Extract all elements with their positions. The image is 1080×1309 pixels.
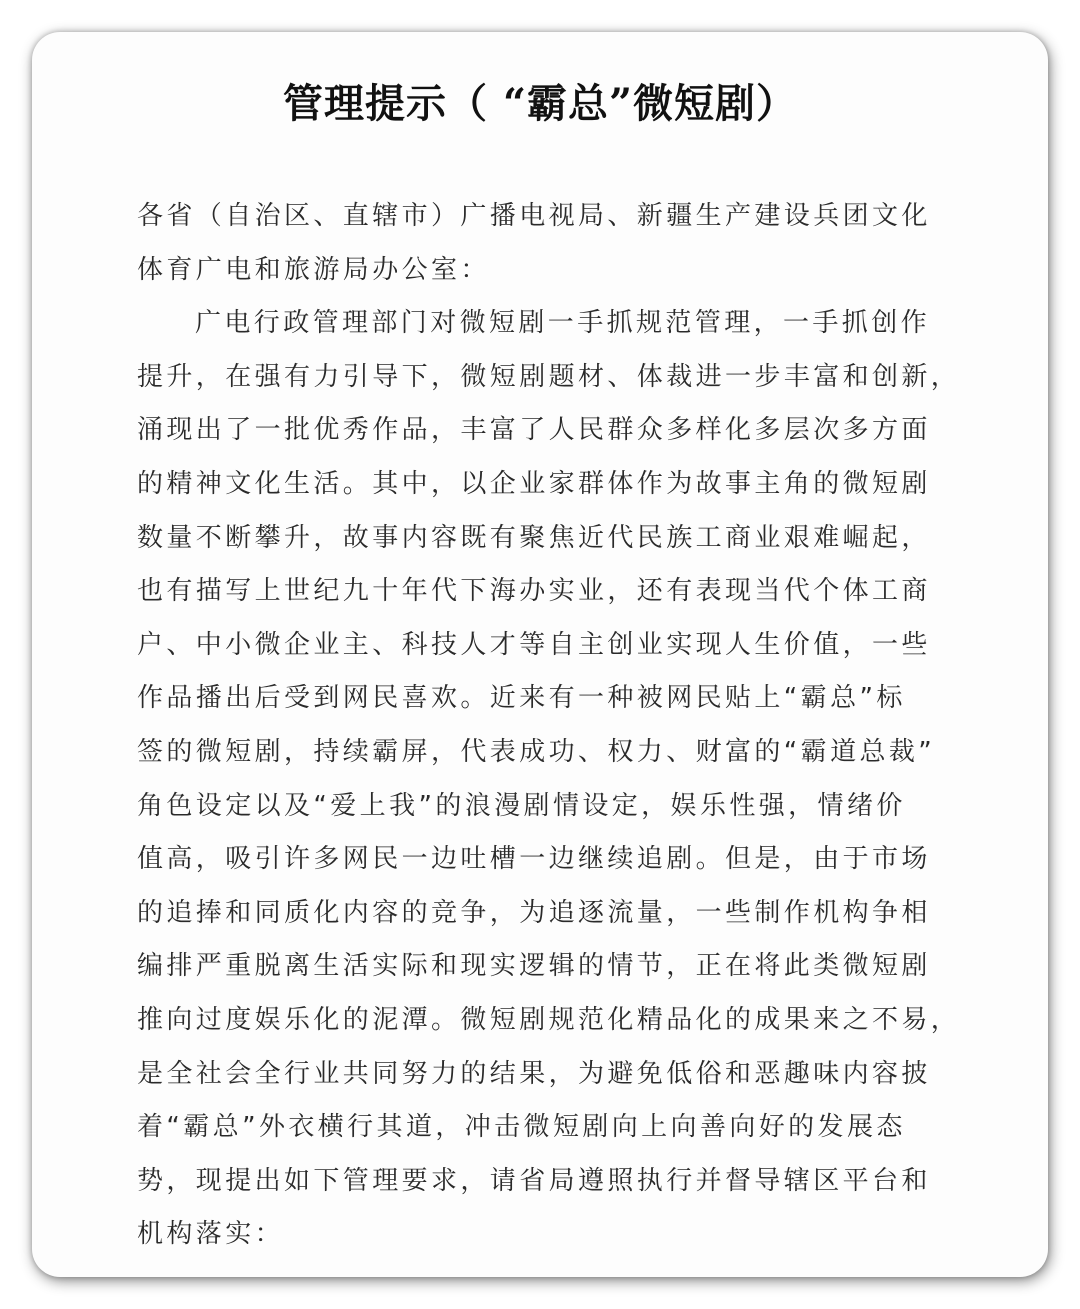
paragraph-line: 也有描写上世纪九十年代下海办实业，还有表现当代个体工商 <box>137 565 959 619</box>
paragraph-line: 的精神文化生活。其中，以企业家群体作为故事主角的微短剧 <box>137 458 959 512</box>
paragraph-line: 值高，吸引许多网民一边吐槽一边继续追剧。但是，由于市场 <box>137 833 959 887</box>
paragraph-line: 推向过度娱乐化的泥潭。微短剧规范化精品化的成果来之不易， <box>137 994 959 1048</box>
document-title: 管理提示（ “霸总”微短剧） <box>0 76 1080 132</box>
paragraph-line: 的追捧和同质化内容的竞争，为追逐流量，一些制作机构争相 <box>137 887 959 941</box>
addressee-line: 各省（自治区、直辖市）广播电视局、新疆生产建设兵团文化 <box>137 190 959 244</box>
paragraph-line: 涌现出了一批优秀作品，丰富了人民群众多样化多层次多方面 <box>137 404 959 458</box>
paragraph-line: 广电行政管理部门对微短剧一手抓规范管理，一手抓创作 <box>137 297 959 351</box>
document-body: 各省（自治区、直辖市）广播电视局、新疆生产建设兵团文化 体育广电和旅游局办公室：… <box>137 190 959 1262</box>
paragraph-line: 着“霸总”外衣横行其道，冲击微短剧向上向善向好的发展态 <box>137 1101 959 1155</box>
paragraph-line: 户、中小微企业主、科技人才等自主创业实现人生价值，一些 <box>137 619 959 673</box>
paragraph-line: 编排严重脱离生活实际和现实逻辑的情节，正在将此类微短剧 <box>137 940 959 994</box>
paragraph-line: 提升，在强有力引导下，微短剧题材、体裁进一步丰富和创新， <box>137 351 959 405</box>
addressee-line: 体育广电和旅游局办公室： <box>137 244 959 298</box>
paragraph-line: 势，现提出如下管理要求，请省局遵照执行并督导辖区平台和 <box>137 1155 959 1209</box>
paragraph-line: 是全社会全行业共同努力的结果，为避免低俗和恶趣味内容披 <box>137 1048 959 1102</box>
paragraph-line: 作品播出后受到网民喜欢。近来有一种被网民贴上“霸总”标 <box>137 672 959 726</box>
paragraph-line: 角色设定以及“爱上我”的浪漫剧情设定，娱乐性强，情绪价 <box>137 780 959 834</box>
paragraph-line: 签的微短剧，持续霸屏，代表成功、权力、财富的“霸道总裁” <box>137 726 959 780</box>
paragraph-line: 数量不断攀升，故事内容既有聚焦近代民族工商业艰难崛起， <box>137 512 959 566</box>
paragraph-line: 机构落实： <box>137 1208 959 1262</box>
